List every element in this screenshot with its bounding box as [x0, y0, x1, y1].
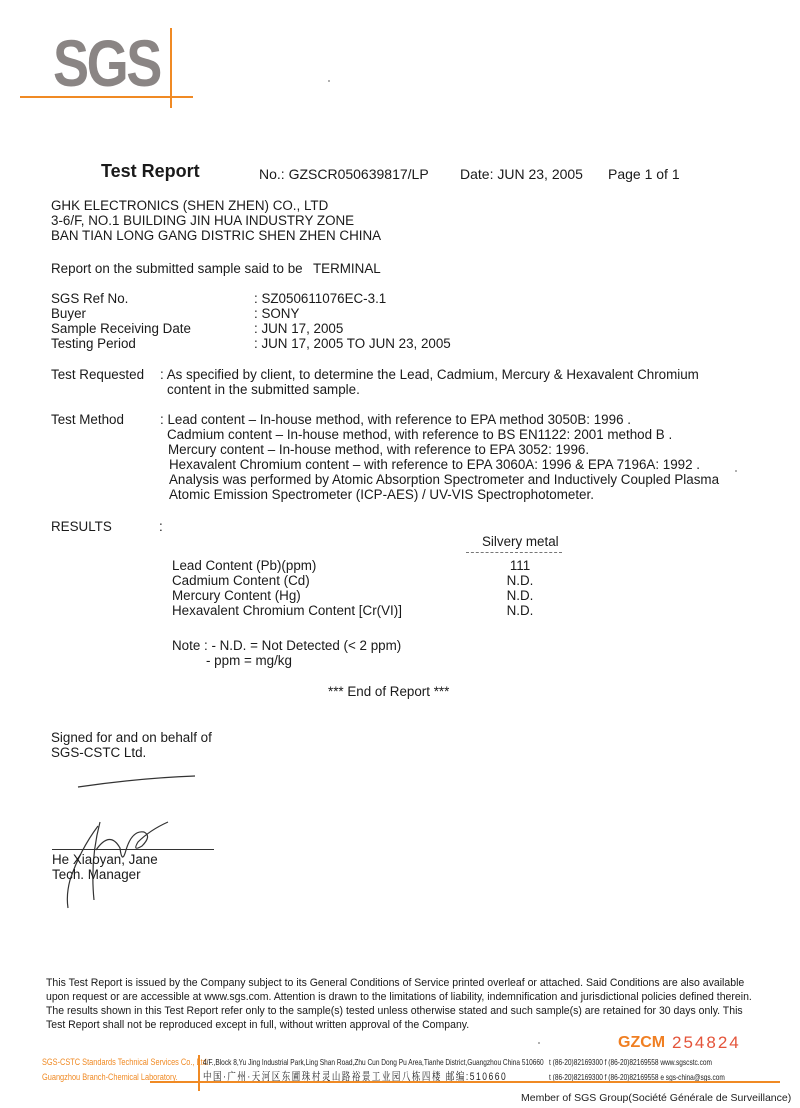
result-item: Hexavalent Chromium Content [Cr(VI)]: [172, 603, 402, 618]
report-date: Date: JUN 23, 2005: [460, 166, 583, 182]
column-header-divider: [466, 552, 562, 553]
note-line: Note : - N.D. = Not Detected (< 2 ppm): [172, 638, 401, 653]
signatory-name: He Xiaoyan, Jane: [52, 852, 158, 867]
result-item: Lead Content (Pb)(ppm): [172, 558, 402, 573]
test-method-line: Atomic Emission Spectrometer (ICP-AES) /…: [160, 487, 719, 502]
address-english: 4/F.,Block 8,Yu Jing Industrial Park,Lin…: [203, 1055, 544, 1070]
serial-label: GZCM: [618, 1034, 665, 1052]
test-method-label: Test Method: [51, 412, 124, 427]
address-chinese: 中国·广州·天河区东圃珠村灵山路裕景工业园八栋四楼 邮编:510660: [203, 1070, 544, 1085]
test-method-line: Analysis was performed by Atomic Absorpt…: [160, 472, 719, 487]
test-requested-text: : As specified by client, to determine t…: [160, 367, 699, 397]
result-item: Cadmium Content (Cd): [172, 573, 402, 588]
note-line: - ppm = mg/kg: [172, 653, 401, 668]
info-value: : SONY: [254, 306, 451, 321]
info-value: : SZ050611076EC-3.1: [254, 291, 451, 306]
footer-company-line: Guangzhou Branch-Chemical Laboratory.: [42, 1070, 209, 1085]
sample-label: Report on the submitted sample said to b…: [51, 261, 303, 276]
result-value: N.D.: [470, 573, 570, 588]
scan-speck: [328, 80, 330, 82]
report-title: Test Report: [101, 161, 200, 182]
member-statement: Member of SGS Group(Société Générale de …: [521, 1092, 791, 1104]
info-label: Sample Receiving Date: [51, 321, 191, 336]
footer-company-line: SGS-CSTC Standards Technical Services Co…: [42, 1055, 209, 1070]
sgs-logo: SGS: [53, 30, 160, 96]
signed-company: SGS-CSTC Ltd.: [51, 745, 212, 760]
results-colon: :: [159, 519, 163, 534]
signed-for: Signed for and on behalf of SGS-CSTC Ltd…: [51, 730, 212, 760]
signed-for-line: Signed for and on behalf of: [51, 730, 212, 745]
result-value: N.D.: [470, 588, 570, 603]
results-notes: Note : - N.D. = Not Detected (< 2 ppm) -…: [172, 638, 401, 668]
logo-accent-line-vertical: [170, 28, 172, 108]
info-values: : SZ050611076EC-3.1 : SONY : JUN 17, 200…: [254, 291, 451, 351]
results-items: Lead Content (Pb)(ppm) Cadmium Content (…: [172, 558, 402, 618]
test-method-line: : Lead content – In-house method, with r…: [160, 412, 719, 427]
sample-value: TERMINAL: [313, 261, 381, 276]
results-column-header: Silvery metal: [482, 534, 559, 549]
client-address-line: 3-6/F, NO.1 BUILDING JIN HUA INDUSTRY ZO…: [51, 213, 381, 228]
scan-speck: [538, 1042, 540, 1044]
contact-line: t (86-20)82169300 f (86-20)82169558 e sg…: [549, 1070, 725, 1085]
report-number: No.: GZSCR050639817/LP: [259, 166, 429, 182]
footer-divider: [150, 1081, 780, 1083]
page-indicator: Page 1 of 1: [608, 166, 680, 182]
info-value: : JUN 17, 2005: [254, 321, 451, 336]
test-requested-line: : As specified by client, to determine t…: [160, 367, 699, 382]
contact-line: t (86-20)82169300 f (86-20)82169558 www.…: [549, 1055, 725, 1070]
serial-number: 254824: [672, 1033, 741, 1053]
info-label: Testing Period: [51, 336, 191, 351]
client-address-line: BAN TIAN LONG GANG DISTRIC SHEN ZHEN CHI…: [51, 228, 381, 243]
signature-scribble-icon: [40, 770, 240, 910]
result-value: 111: [470, 558, 570, 573]
logo-accent-line: [20, 96, 193, 98]
disclaimer-text: This Test Report is issued by the Compan…: [46, 976, 757, 1032]
signatory-title: Tech. Manager: [52, 867, 158, 882]
info-value: : JUN 17, 2005 TO JUN 23, 2005: [254, 336, 451, 351]
results-values: 111 N.D. N.D. N.D.: [470, 558, 570, 618]
footer-divider-vertical: [198, 1055, 200, 1091]
info-labels: SGS Ref No. Buyer Sample Receiving Date …: [51, 291, 191, 351]
test-method-line: Mercury content – In-house method, with …: [160, 442, 719, 457]
signatory: He Xiaoyan, Jane Tech. Manager: [52, 852, 158, 882]
signature-line: [52, 849, 214, 850]
test-requested-label: Test Requested: [51, 367, 144, 382]
info-label: SGS Ref No.: [51, 291, 191, 306]
result-item: Mercury Content (Hg): [172, 588, 402, 603]
test-requested-line: content in the submitted sample.: [160, 382, 699, 397]
result-value: N.D.: [470, 603, 570, 618]
test-method-text: : Lead content – In-house method, with r…: [160, 412, 719, 502]
client-address-line: GHK ELECTRONICS (SHEN ZHEN) CO., LTD: [51, 198, 381, 213]
info-label: Buyer: [51, 306, 191, 321]
end-of-report: *** End of Report ***: [328, 684, 449, 699]
test-method-line: Hexavalent Chromium content – with refer…: [160, 457, 719, 472]
test-method-line: Cadmium content – In-house method, with …: [160, 427, 719, 442]
results-label: RESULTS: [51, 519, 112, 534]
client-address: GHK ELECTRONICS (SHEN ZHEN) CO., LTD 3-6…: [51, 198, 381, 243]
scan-speck: [735, 470, 737, 472]
